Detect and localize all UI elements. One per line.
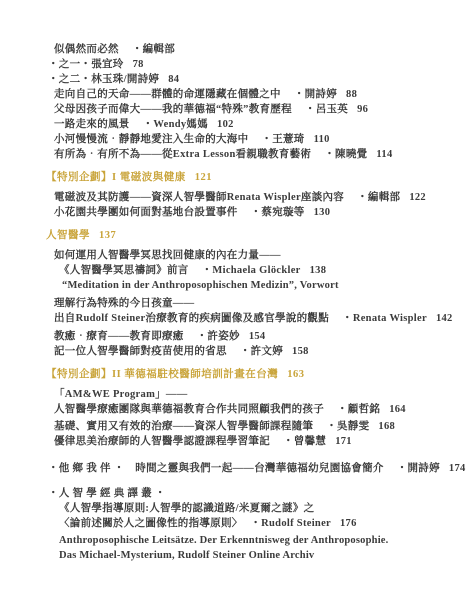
entry-page: 171 (335, 436, 352, 447)
toc-entry: 電磁波及其防護——資深人智學醫師Renata Wispler座談內容・編輯部12… (46, 190, 455, 205)
entry-author: ・吳靜雯 (326, 421, 369, 432)
toc-entry-original-title: Anthroposophische Leitsätze. Der Erkennt… (46, 533, 455, 548)
entry-author: ・王薏琦 (261, 134, 304, 145)
entry-page: 168 (378, 421, 395, 432)
toc-entry-continuation: 出自Rudolf Steiner治療教育的疾病圖像及感官學說的觀點・Renata… (46, 311, 455, 326)
entry-author: ・Rudolf Steiner (250, 518, 331, 529)
entry-title: 優律思美治療師的人智醫學認證課程學習筆記 (54, 436, 270, 447)
section-heading-medicine: 人智醫學137 (46, 228, 455, 243)
toc-entry: ・之二・林玉珠/開詩婷84 (46, 72, 455, 87)
column-title-classics: ・人 智 學 經 典 譯 叢 ・ (46, 486, 455, 501)
entry-title: ・他 鄉 我 伴 ・ 時間之靈與我們一起——台灣華德福幼兒園協會簡介 (48, 463, 384, 474)
entry-author: ・Wendy媽媽 (143, 119, 208, 130)
toc-entry: 理解行為特殊的今日孩童—— (46, 296, 455, 311)
entry-author: ・編輯部 (357, 192, 400, 203)
entry-title: Das Michael-Mysterium, Rudolf Steiner On… (59, 550, 314, 561)
entry-title: 記一位人智學醫師對疫苗使用的省思 (54, 346, 227, 357)
section-heading-special2: 【特別企劃】II 華德福駐校醫師培訓計畫在台灣163 (46, 367, 455, 382)
entry-title: 教癒‧療育——教育即療癒 (54, 331, 184, 342)
entry-title: 《人智醫學冥思禱詞》前言 (59, 265, 189, 276)
entry-page: 96 (357, 104, 368, 115)
entry-title: 走向自己的天命——群體的命運隱藏在個體之中 (54, 89, 281, 100)
entry-page: 142 (436, 313, 453, 324)
entry-page: 164 (389, 404, 406, 415)
toc-entry-continuation: 人智醫學療癒團隊與華德福教育合作共同照顧我們的孩子・顧哲銘164 (46, 402, 455, 417)
toc-entry: 記一位人智學醫師對疫苗使用的省思・許文婷158 (46, 344, 455, 359)
entry-author: ・Michaela Glöckler (202, 265, 301, 276)
toc-entry-continuation: 〈論前述關於人之圖像性的指導原則〉・Rudolf Steiner176 (46, 516, 455, 531)
toc-entry: 教癒‧療育——教育即療癒・許姿妙154 (46, 329, 455, 344)
section-heading-title: 人智醫學 (46, 230, 90, 241)
entry-page: 110 (314, 134, 330, 145)
entry-title: 理解行為特殊的今日孩童—— (54, 298, 194, 309)
toc-entry-continuation: 《人智醫學冥思禱詞》前言・Michaela Glöckler138 (46, 263, 455, 278)
toc-entry: 小花園共學團如何面對基地台設置事件・蔡宛璇等130 (46, 205, 455, 220)
entry-title: ・之二・林玉珠/開詩婷 (48, 74, 159, 85)
toc-entry: 父母因孩子而偉大——我的華德福“特殊”教育歷程・呂玉英96 (46, 102, 455, 117)
toc-entry: 小河慢慢流‧靜靜地愛注入生命的大海中・王薏琦110 (46, 132, 455, 147)
entry-page: 174 (449, 463, 466, 474)
entry-page: 154 (249, 331, 266, 342)
toc-entry-original-source: Das Michael-Mysterium, Rudolf Steiner On… (46, 548, 455, 563)
toc-entry-original-title: “Meditation in der Anthroposophischen Me… (46, 278, 455, 293)
entry-page: 176 (340, 518, 357, 529)
entry-title: 《人智學指導原則:人智學的認識道路/米夏爾之謎》之 (59, 503, 314, 514)
entry-title: 出自Rudolf Steiner治療教育的疾病圖像及感官學說的觀點 (54, 313, 329, 324)
toc-page: 似偶然而必然・編輯部 ・之一・張宜玲78 ・之二・林玉珠/開詩婷84 走向自己的… (0, 0, 473, 600)
entry-title: 似偶然而必然 (54, 44, 119, 55)
toc-entry: 如何運用人智醫學冥思找回健康的內在力量—— (46, 248, 455, 263)
section-heading-special1: 【特別企劃】I 電磁波與健康121 (46, 170, 455, 185)
section-heading-page: 121 (195, 172, 212, 183)
entry-page: 114 (376, 149, 392, 160)
entry-title: ・人 智 學 經 典 譯 叢 ・ (48, 488, 166, 499)
entry-author: ・Renata Wispler (342, 313, 427, 324)
entry-title: Anthroposophische Leitsätze. Der Erkennt… (59, 535, 389, 546)
entry-title: 如何運用人智醫學冥思找回健康的內在力量—— (54, 250, 281, 261)
entry-page: 84 (168, 74, 179, 85)
entry-page: 78 (133, 59, 144, 70)
entry-author: ・顧哲銘 (337, 404, 380, 415)
entry-page: 130 (314, 207, 331, 218)
toc-entry: 「AM&WE Program」—— (46, 387, 455, 402)
entry-author: ・編輯部 (132, 44, 175, 55)
entry-title: 一路走來的風景 (54, 119, 130, 130)
toc-entry: 有所為‧有所不為——從Extra Lesson看親職教育藝術・陳曉覺114 (46, 147, 455, 162)
toc-entry: 似偶然而必然・編輯部 (46, 42, 455, 57)
entry-title: 〈論前述關於人之圖像性的指導原則〉 (59, 518, 237, 529)
section-heading-title: 【特別企劃】II 華德福駐校醫師培訓計畫在台灣 (46, 369, 278, 380)
toc-entry: 基礎、實用又有效的治療——資深人智學醫師課程隨筆・吳靜雯168 (46, 419, 455, 434)
entry-page: 122 (409, 192, 426, 203)
entry-page: 102 (217, 119, 234, 130)
entry-page: 138 (310, 265, 327, 276)
entry-author: ・開詩婷 (397, 463, 440, 474)
section-heading-title: 【特別企劃】I 電磁波與健康 (46, 172, 186, 183)
entry-title: 小河慢慢流‧靜靜地愛注入生命的大海中 (54, 134, 248, 145)
entry-page: 88 (346, 89, 357, 100)
entry-title: 「AM&WE Program」—— (54, 389, 188, 400)
entry-title: 電磁波及其防護——資深人智學醫師Renata Wispler座談內容 (54, 192, 344, 203)
entry-author: ・蔡宛璇等 (251, 207, 305, 218)
toc-entry-column: ・他 鄉 我 伴 ・ 時間之靈與我們一起——台灣華德福幼兒園協會簡介・開詩婷17… (46, 461, 455, 476)
entry-title: 有所為‧有所不為——從Extra Lesson看親職教育藝術 (54, 149, 311, 160)
toc-entry: 優律思美治療師的人智醫學認證課程學習筆記・曾馨慧171 (46, 434, 455, 449)
toc-entry: 走向自己的天命——群體的命運隱藏在個體之中・開詩婷88 (46, 87, 455, 102)
entry-title: “Meditation in der Anthroposophischen Me… (62, 280, 339, 291)
entry-page: 158 (292, 346, 309, 357)
entry-title: 小花園共學團如何面對基地台設置事件 (54, 207, 238, 218)
toc-entry: 《人智學指導原則:人智學的認識道路/米夏爾之謎》之 (46, 501, 455, 516)
entry-title: ・之一・張宜玲 (48, 59, 124, 70)
entry-author: ・呂玉英 (305, 104, 348, 115)
toc-entry: ・之一・張宜玲78 (46, 57, 455, 72)
entry-author: ・開詩婷 (294, 89, 337, 100)
entry-title: 父母因孩子而偉大——我的華德福“特殊”教育歷程 (54, 104, 292, 115)
entry-author: ・陳曉覺 (324, 149, 367, 160)
toc-entry: 一路走來的風景・Wendy媽媽102 (46, 117, 455, 132)
entry-author: ・許姿妙 (197, 331, 240, 342)
section-heading-page: 163 (287, 369, 304, 380)
entry-author: ・許文婷 (240, 346, 283, 357)
entry-author: ・曾馨慧 (283, 436, 326, 447)
entry-title: 人智醫學療癒團隊與華德福教育合作共同照顧我們的孩子 (54, 404, 324, 415)
section-heading-page: 137 (99, 230, 116, 241)
entry-title: 基礎、實用又有效的治療——資深人智學醫師課程隨筆 (54, 421, 313, 432)
